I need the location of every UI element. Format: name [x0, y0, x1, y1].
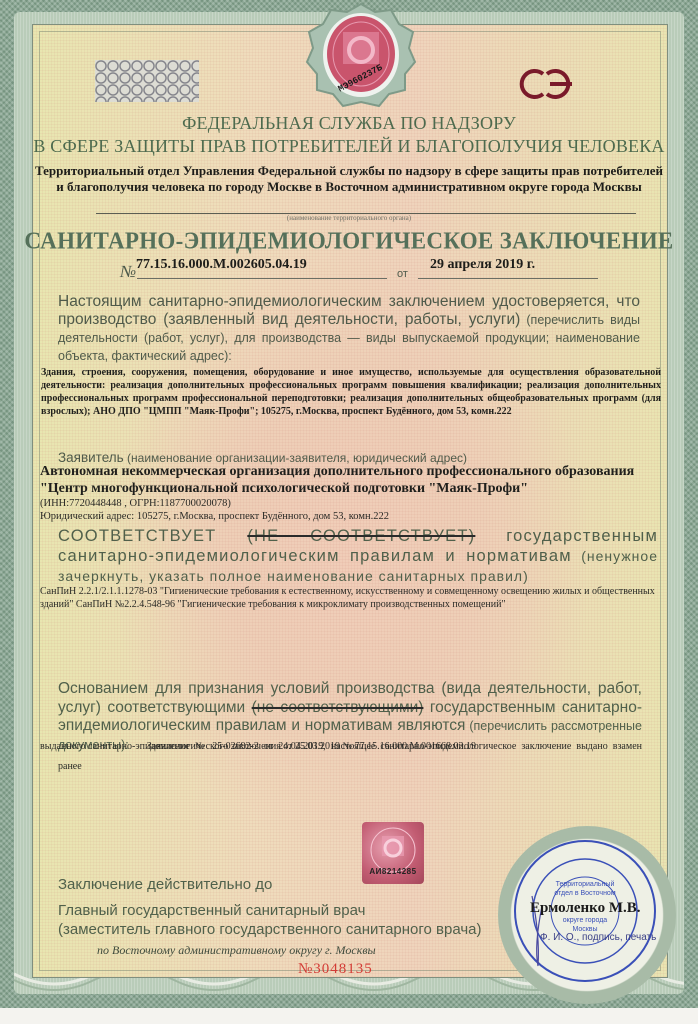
svg-text:округе города: округе города — [563, 917, 608, 924]
department-name: Территориальный отдел Управления Федерал… — [0, 163, 698, 195]
signature-caption: Ф. И. О., подпись, печать — [540, 932, 656, 943]
document-title: САНИТАРНО-ЭПИДЕМИОЛОГИЧЕСКОЕ ЗАКЛЮЧЕНИЕ — [0, 227, 698, 254]
form-serial-number: №3048135 — [298, 961, 373, 978]
document-date: 29 апреля 2019 г. — [430, 257, 535, 273]
applicant-identifiers: (ИНН:7720448448 , ОГРН:1187700020078) Юр… — [40, 497, 389, 523]
svg-text:отдел в Восточном: отдел в Восточном — [554, 890, 615, 897]
document-number: 77.15.16.000.М.002605.04.19 — [136, 257, 307, 273]
basis-statement: Основанием для признания условий произво… — [58, 680, 642, 777]
certification-intro: Настоящим санитарно-эпидемиологическим з… — [58, 293, 640, 365]
agency-name-line1: ФЕДЕРАЛЬНАЯ СЛУЖБА ПО НАДЗОРУ — [0, 113, 698, 134]
deputy-title: (заместитель главного государственного с… — [58, 921, 482, 938]
date-prefix: от — [397, 268, 408, 280]
district-label: по Восточному административному округу г… — [97, 943, 376, 958]
object-description: Здания, строения, сооружения, помещения,… — [41, 366, 661, 418]
sanitary-rules-references: СанПиН 2.2.1/2.1.1.1278-03 "Гигиенически… — [40, 585, 660, 611]
agency-name-line2: В СФЕРЕ ЗАЩИТЫ ПРАВ ПОТРЕБИТЕЛЕЙ И БЛАГО… — [0, 136, 698, 157]
se-logo-icon — [517, 66, 577, 102]
applicant-name: Автономная некоммерческая организация до… — [40, 463, 634, 497]
department-caption: (наименование территориального органа) — [0, 214, 698, 222]
number-sign: № — [120, 262, 136, 282]
conformity-statement: СООТВЕТСТВУЕТ (НЕ СООТВЕТСТВУЕТ) государ… — [58, 526, 658, 586]
hologram-sticker-icon: АИ8214285 — [362, 822, 424, 884]
security-pattern-strip — [95, 60, 199, 102]
valid-until-label: Заключение действительно до — [58, 876, 272, 893]
svg-text:Территориальный: Территориальный — [556, 880, 615, 888]
basis-documents: выданного санитарно-эпидемиологического … — [40, 741, 476, 752]
struck-not-conforms: (НЕ СООТВЕТСТВУЕТ) — [247, 527, 475, 545]
signer-name: Ермоленко М.В. — [530, 900, 641, 917]
hologram-seal-icon: МЭ960237Б — [305, 2, 417, 110]
chief-title: Главный государственный санитарный врач — [58, 902, 365, 919]
